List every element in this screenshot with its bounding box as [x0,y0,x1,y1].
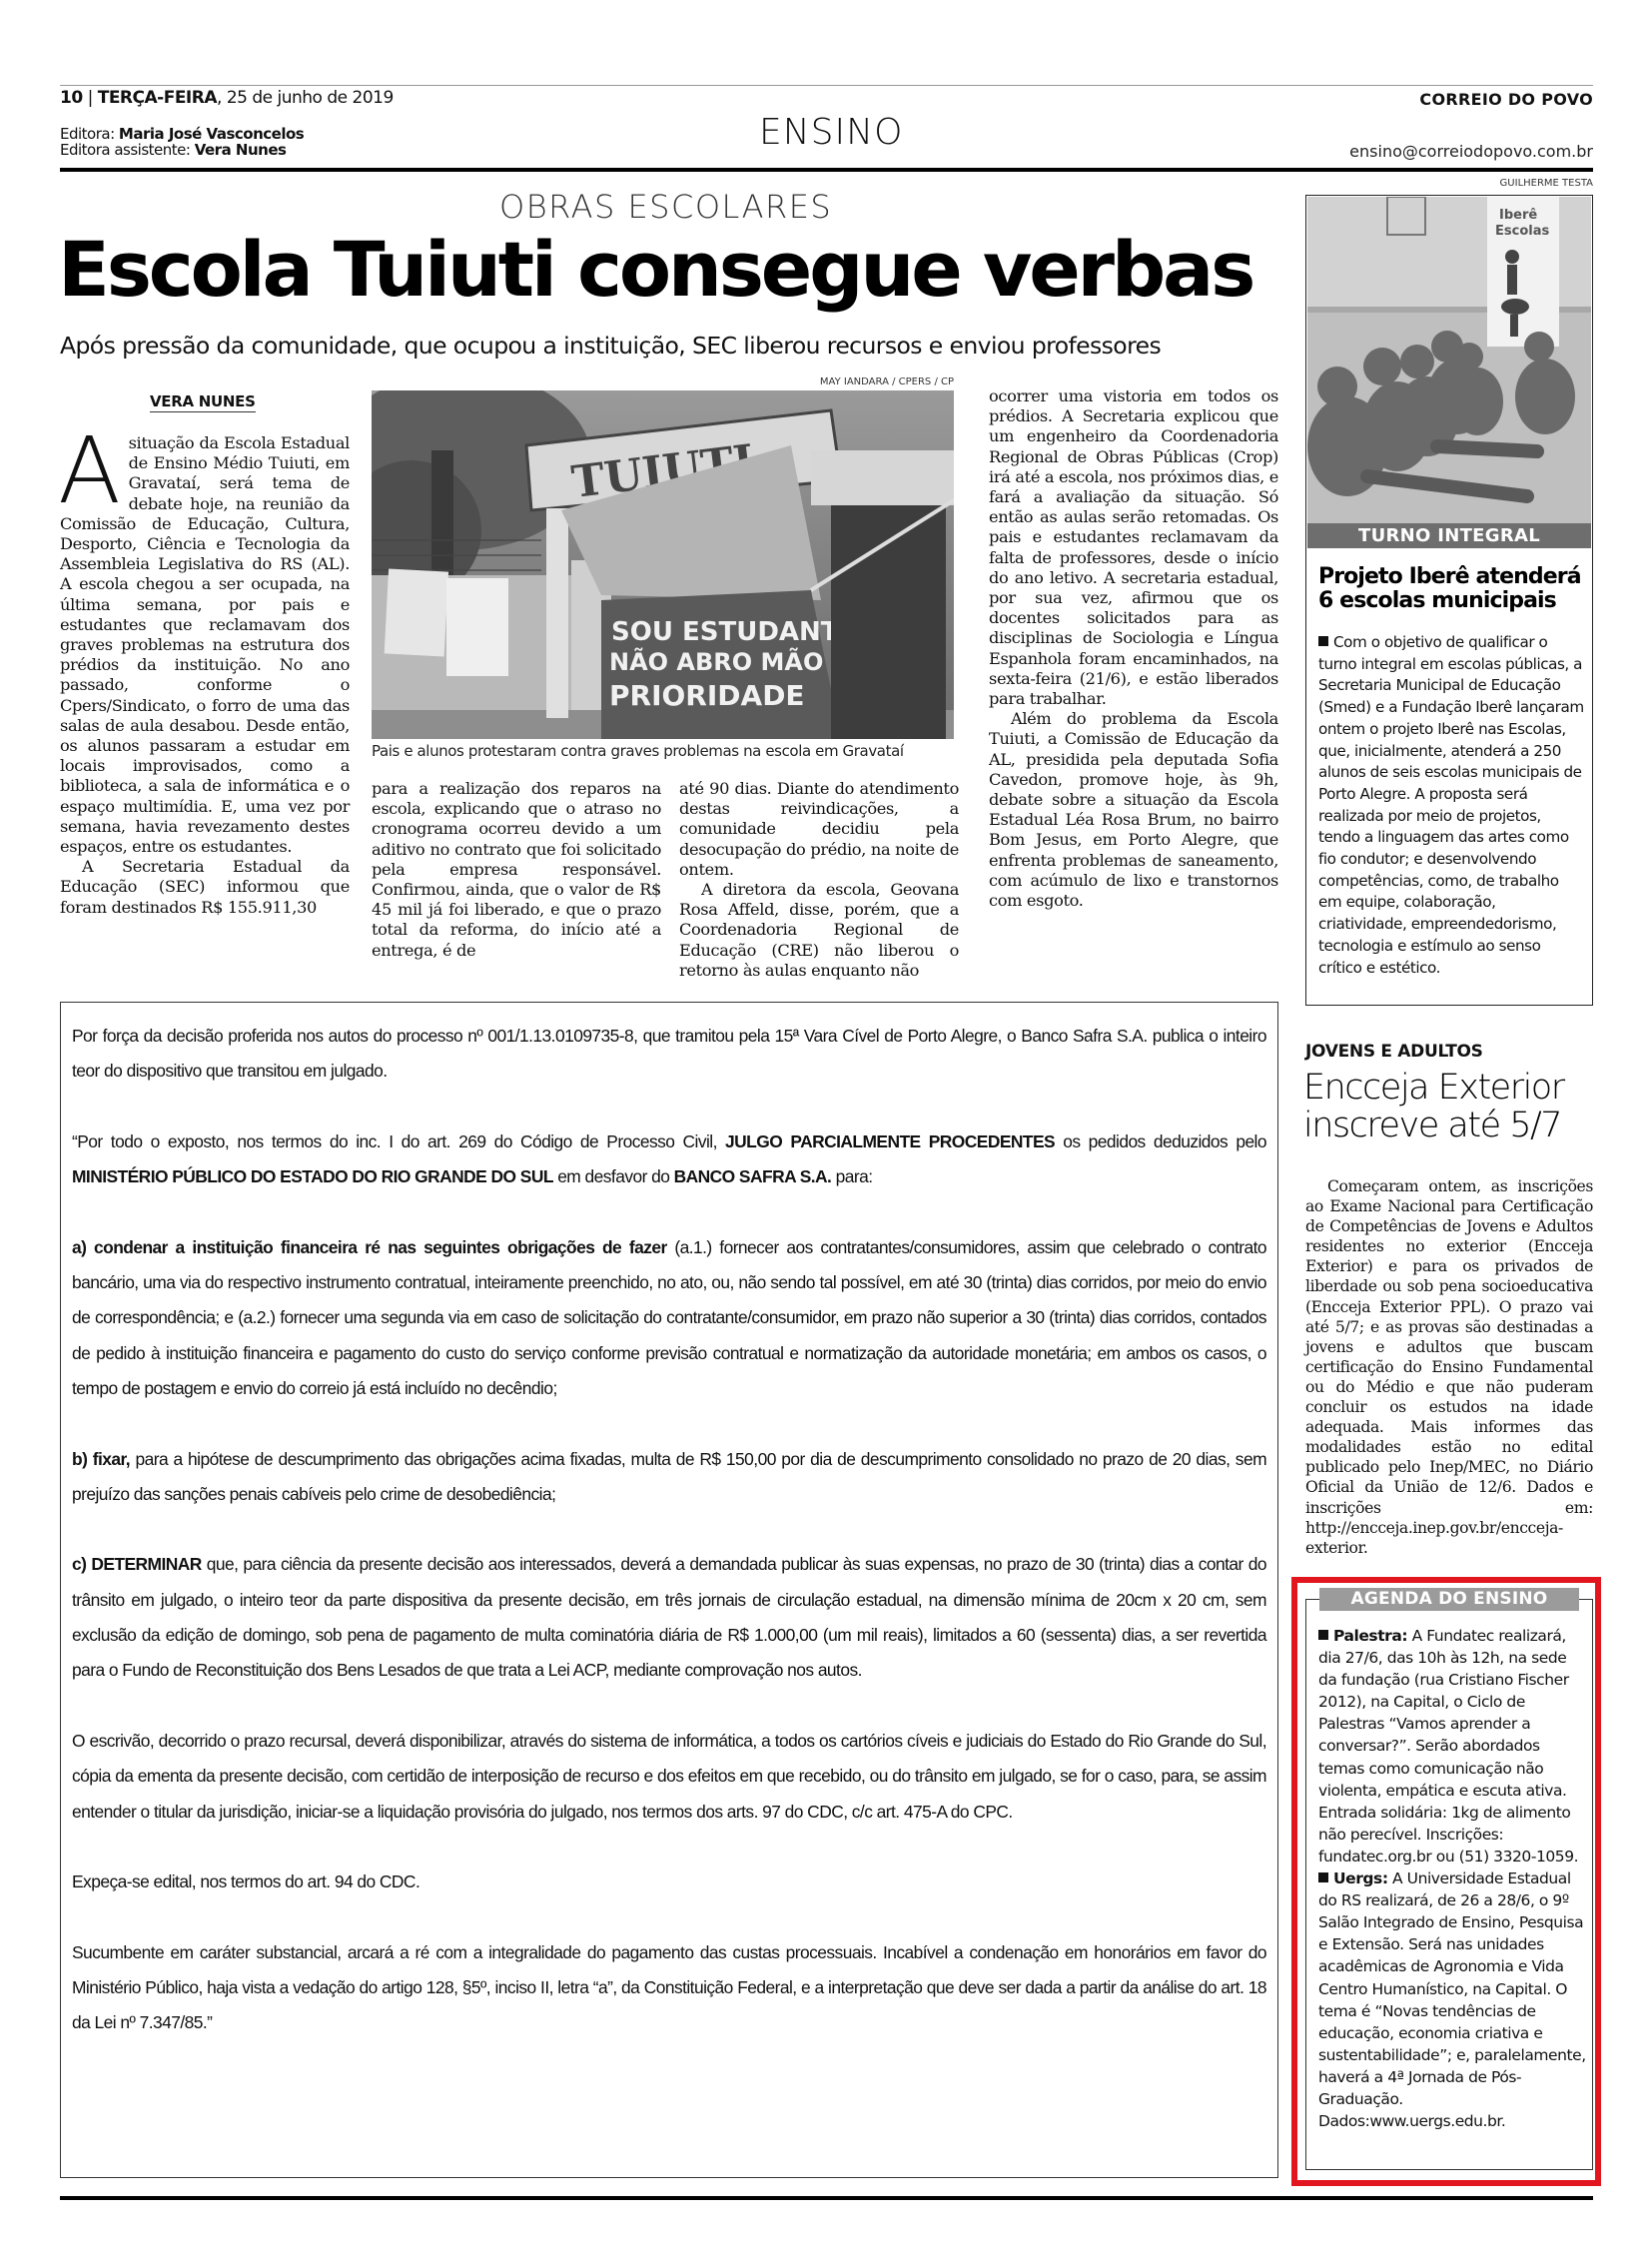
legal-paragraph-judgment: “Por todo o exposto, nos termos do inc. … [72,1124,1266,1195]
agenda-box-top-right [1579,1599,1593,1600]
square-bullet-icon [1318,1872,1328,1882]
svg-text:Escolas: Escolas [1495,224,1549,239]
section-title: ENSINO [759,112,903,153]
agenda-item-text: A Fundatec realizará, dia 27/6, das 10h … [1318,1627,1578,1866]
article-kicker: OBRAS ESCOLARES [499,188,832,226]
agenda-label: AGENDA DO ENSINO [1319,1588,1579,1611]
article-headline: Escola Tuiuti consegue verbas [58,232,1252,308]
sidebar-band-label: TURNO INTEGRAL [1307,523,1591,548]
article-column-3: até 90 dias. Diante do atendimento desta… [679,779,959,981]
sidebar-text: Com o objetivo de qualificar o turno int… [1318,633,1584,977]
assistant-label: Editora assistente: [60,141,195,159]
agenda-list: Palestra: A Fundatec realizará, dia 27/6… [1318,1625,1588,2132]
legal-paragraph-edital: Expeça-se edital, nos termos do art. 94 … [72,1865,1266,1899]
legal-item-c: c) DETERMINAR que, para ciência da prese… [72,1547,1266,1688]
date: , 25 de junho de 2019 [217,88,394,108]
sidebar-body: Com o objetivo de qualificar o turno int… [1318,632,1586,979]
jovens-headline: Encceja Exterior inscreve até 5/7 [1303,1069,1603,1144]
bold-text: BANCO SAFRA S.A. [674,1166,832,1186]
text: que, para ciência da presente decisão ao… [72,1554,1266,1680]
footer-rule [60,2196,1593,2200]
article-photo: TUIUTI SOU ESTUDANTE NÃO ABRO MÃO PRIORI… [372,390,954,739]
drop-cap: A [58,435,121,513]
weekday: TERÇA-FEIRA [98,88,217,108]
photo-caption: Pais e alunos protestaram contra graves … [372,742,904,760]
bold-text: a) condenar a instituição financeira ré … [72,1237,667,1257]
svg-text:Iberê: Iberê [1499,208,1537,223]
legal-paragraph-intro: Por força da decisão proferida nos autos… [72,1019,1266,1090]
paragraph: Além do problema da Escola Tuiuti, a Com… [989,709,1278,911]
legal-paragraph-sucumbente: Sucumbente em caráter substancial, arcar… [72,1935,1266,2041]
text: para: [831,1166,872,1186]
agenda-item-text: A Universidade Estadual do RS realizará,… [1318,1869,1586,2130]
article-byline: VERA NUNES [150,392,256,412]
square-bullet-icon [1318,1630,1328,1640]
protest-photo-illustration: TUIUTI SOU ESTUDANTE NÃO ABRO MÃO PRIORI… [372,390,954,739]
text: (a.1.) fornecer aos contratantes/consumi… [72,1237,1266,1398]
bold-text: b) fixar, [72,1449,130,1469]
text: os pedidos deduzidos pelo [1055,1131,1266,1151]
agenda-item: Uergs: A Universidade Estadual do RS rea… [1318,1868,1588,2132]
legal-paragraph-escrivao: O escrivão, decorrido o prazo recursal, … [72,1724,1266,1830]
jovens-kicker: JOVENS E ADULTOS [1305,1042,1483,1062]
svg-text:NÃO ABRO MÃO: NÃO ABRO MÃO [609,647,823,676]
text: “Por todo o exposto, nos termos do inc. … [72,1131,725,1151]
agenda-item-title: Uergs: [1333,1869,1388,1887]
square-bullet-icon [1318,636,1328,646]
paragraph: ocorrer uma vistoria em todos os prédios… [989,386,1278,709]
legal-notice-box: Por força da decisão proferida nos autos… [60,1002,1278,2178]
header-divider [60,168,1593,172]
assistant-name: Vera Nunes [195,141,287,159]
bold-text: c) DETERMINAR [72,1554,202,1574]
svg-text:PRIORIDADE: PRIORIDADE [609,679,805,712]
article-column-4: ocorrer uma vistoria em todos os prédios… [989,386,1278,911]
jovens-body: Começaram ontem, as inscrições ao Exame … [1305,1176,1593,1558]
sidebar-photo: Iberê Escolas [1307,197,1591,523]
children-photo-illustration: Iberê Escolas [1307,197,1591,523]
editors-credit: Editora: Maria José Vasconcelos Editora … [60,126,304,158]
agenda-box-top-left [1305,1599,1319,1600]
sidebar-photo-credit: GUILHERME TESTA [1298,178,1593,189]
bold-text: MINISTÉRIO PÚBLICO DO ESTADO DO RIO GRAN… [72,1166,553,1186]
paragraph: Começaram ontem, as inscrições ao Exame … [1305,1176,1593,1558]
article-deck: Após pressão da comunidade, que ocupou a… [60,332,1161,360]
page-number: 10 [60,88,83,108]
article-column-1: A situação da Escola Estadual de Ensino … [60,433,350,918]
article-column-2: para a realização dos reparos na escola,… [372,779,661,961]
paragraph: A diretora da escola, Geovana Rosa Affel… [679,880,959,981]
paragraph: A Secretaria Estadual da Educação (SEC) … [60,857,350,918]
text: em desfavor do [553,1166,674,1186]
text: para a hipótese de descumprimento das ob… [72,1449,1266,1504]
header-top-rule [60,85,1593,86]
svg-text:SOU ESTUDANTE: SOU ESTUDANTE [611,617,856,647]
page-dateline: 10 | TERÇA-FEIRA, 25 de junho de 2019 [60,88,394,108]
sidebar-headline: Projeto Iberê atenderá 6 escolas municip… [1318,565,1588,613]
agenda-item-title: Palestra: [1333,1627,1407,1645]
photo-credit: MAY IANDARA / CPERS / CP [739,376,954,387]
paragraph: até 90 dias. Diante do atendimento desta… [679,779,959,880]
legal-item-a: a) condenar a instituição financeira ré … [72,1230,1266,1406]
paragraph: para a realização dos reparos na escola,… [372,779,661,961]
bold-text: JULGO PARCIALMENTE PROCEDENTES [725,1131,1055,1151]
newspaper-name: CORREIO DO POVO [1419,90,1593,109]
legal-item-b: b) fixar, para a hipótese de descumprime… [72,1442,1266,1513]
section-email-link[interactable]: ensino@correiodopovo.com.br [1349,142,1593,161]
agenda-item: Palestra: A Fundatec realizará, dia 27/6… [1318,1625,1588,1868]
